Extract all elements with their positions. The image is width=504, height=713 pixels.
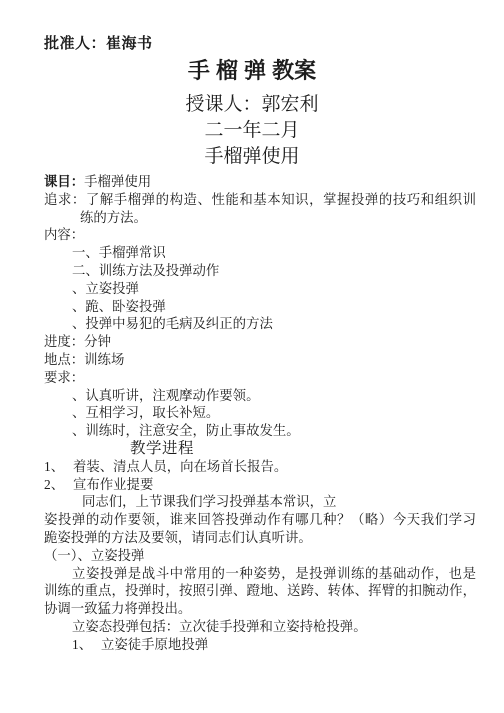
section-1-heading: （一）、立姿投弹 — [44, 547, 476, 565]
document-page: 批准人：崔海书 手 榴 弹 教案 授课人：郭宏利 二一年二月 手榴弹使用 课目：… — [0, 0, 504, 713]
line-requirements-header: 要求： — [44, 369, 476, 387]
line-briefing-1: 同志们，上节课我们学习投弹基本常识，立 — [44, 493, 476, 511]
step-2-text: 宣布作业提要 — [73, 477, 153, 492]
line-course-topic: 课目：手榴弹使用 — [44, 173, 476, 191]
title-block: 授课人：郭宏利 二一年二月 手榴弹使用 — [0, 92, 504, 170]
date-line: 二一年二月 — [0, 118, 504, 144]
step-1-number: 1、 — [44, 458, 73, 476]
line-briefing-3: 跪姿投弹的方法及要领，请同志们认真听讲。 — [44, 529, 476, 547]
line-aim: 追求：了解手榴弹的构造、性能和基本知识，掌握投弹的技巧和组织训 — [44, 191, 476, 209]
line-step-1: 1、着装、清点人员，向在场首长报告。 — [44, 458, 476, 476]
step-2-number: 2、 — [44, 476, 73, 494]
course-topic-value: 手榴弹使用 — [84, 174, 151, 189]
line-standing-types: 立姿态投弹包括：立次徒手投弹和立姿持枪投弹。 — [44, 618, 476, 636]
subject-line: 手榴弹使用 — [0, 144, 504, 170]
line-subitem-faults: 、投弹中易犯的毛病及纠正的方法 — [44, 315, 476, 333]
line-standing-desc-3: 协调一致猛力将弹投出。 — [44, 600, 476, 618]
approver-line: 批准人：崔海书 — [44, 36, 153, 52]
line-requirement-2: 、互相学习，取长补短。 — [44, 404, 476, 422]
substep-1-number: 1、 — [72, 636, 101, 654]
substep-1-text: 立姿徒手原地投弹 — [101, 637, 208, 652]
line-aim-continuation: 练的方法。 — [44, 209, 476, 227]
line-subitem-standing: 、立姿投弹 — [44, 280, 476, 298]
line-location: 地点：训练场 — [44, 351, 476, 369]
line-content-item-1: 一、手榴弹常识 — [44, 244, 476, 262]
line-content-header: 内容： — [44, 226, 476, 244]
lecturer-line: 授课人：郭宏利 — [0, 92, 504, 118]
line-briefing-2: 姿投弹的动作要领，谁来回答投弹动作有哪几种？（略）今天我们学习 — [44, 511, 476, 529]
document-title: 手 榴 弹 教案 — [0, 58, 504, 84]
course-topic-label: 课目： — [44, 174, 84, 189]
line-step-2: 2、宣布作业提要 — [44, 476, 476, 494]
line-substep-1: 1、立姿徒手原地投弹 — [44, 636, 476, 654]
line-standing-desc-1: 立姿投弹是战斗中常用的一种姿势，是投弹训练的基础动作，也是 — [44, 565, 476, 583]
step-1-text: 着装、清点人员，向在场首长报告。 — [73, 459, 287, 474]
line-standing-desc-2: 训练的重点，投弹时，按照引弹、蹬地、送跨、转体、挥臂的扣腕动作， — [44, 582, 476, 600]
line-subitem-kneeling-prone: 、跪、卧姿投弹 — [44, 298, 476, 316]
line-requirement-3: 、训练时，注意安全，防止事故发生。 — [44, 422, 476, 440]
line-requirement-1: 、认真听讲，注观摩动作要领。 — [44, 387, 476, 405]
line-content-item-2: 二、训练方法及投弹动作 — [44, 262, 476, 280]
line-schedule: 进度：分钟 — [44, 333, 476, 351]
teaching-process-heading: 教学进程 — [44, 440, 476, 458]
document-body: 课目：手榴弹使用 追求：了解手榴弹的构造、性能和基本知识，掌握投弹的技巧和组织训… — [44, 173, 476, 654]
